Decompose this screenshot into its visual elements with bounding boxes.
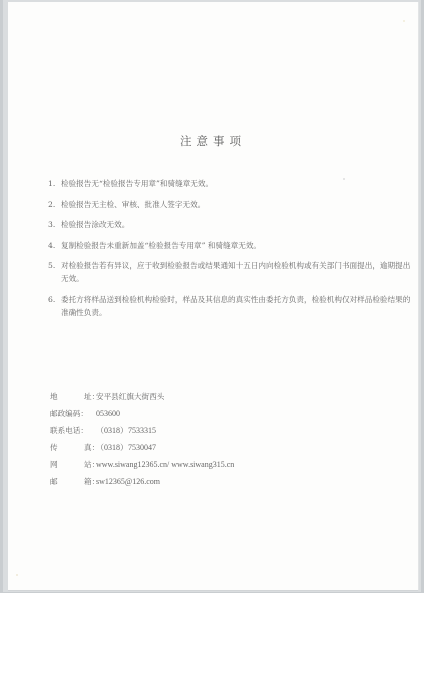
phone-row: 联系电话：（0318）7533315	[50, 424, 234, 441]
email-value: sw12365@126.com	[96, 477, 160, 486]
note-text: 检验报告无主检、审核、批准人签字无效。	[61, 198, 414, 211]
website-value: www.siwang12365.cn/ www.siwang315.cn	[96, 460, 234, 469]
scan-speck	[343, 178, 345, 180]
note-item: 4. 复制检验报告未重新加盖“检验报告专用章” 和骑缝章无效。	[48, 239, 414, 252]
note-number: 2.	[48, 198, 55, 211]
fax-value: （0318）7530047	[96, 443, 156, 452]
postcode-value: 053600	[96, 409, 120, 418]
note-item: 3. 检验报告涂改无效。	[48, 218, 414, 231]
address-row: 地址：安平县红旗大街西头	[50, 390, 234, 407]
note-number: 6.	[48, 293, 55, 306]
postcode-row: 邮政编码：053600	[50, 407, 234, 424]
phone-label: 联系电话：	[50, 424, 96, 437]
note-number: 4.	[48, 239, 55, 252]
scanned-page: 注意事项 1. 检验报告无“检验报告专用章”和骑缝章无效。 2. 检验报告无主检…	[8, 2, 419, 591]
page-title: 注意事项	[8, 133, 418, 149]
postcode-label: 邮政编码：	[50, 407, 96, 420]
email-label: 邮箱：	[50, 475, 96, 488]
note-text: 复制检验报告未重新加盖“检验报告专用章” 和骑缝章无效。	[61, 239, 414, 252]
note-item: 1. 检验报告无“检验报告专用章”和骑缝章无效。	[48, 177, 414, 190]
note-item: 5. 对检验报告若有异议，应于收到检验报告或结果通知十五日内向检验机构或有关部门…	[48, 259, 414, 285]
fax-row: 传真：（0318）7530047	[50, 441, 234, 458]
address-value: 安平县红旗大街西头	[96, 392, 164, 401]
scan-speck	[403, 20, 405, 22]
note-text: 检验报告涂改无效。	[61, 218, 414, 231]
website-label: 网站：	[50, 458, 96, 471]
scan-speck	[16, 574, 18, 576]
note-number: 5.	[48, 259, 55, 272]
fax-label: 传真：	[50, 441, 96, 454]
email-row: 邮箱：sw12365@126.com	[50, 475, 234, 492]
phone-value: （0318）7533315	[96, 426, 156, 435]
note-number: 3.	[48, 218, 55, 231]
notes-list: 1. 检验报告无“检验报告专用章”和骑缝章无效。 2. 检验报告无主检、审核、批…	[48, 177, 414, 327]
website-row: 网站：www.siwang12365.cn/ www.siwang315.cn	[50, 458, 234, 475]
note-item: 2. 检验报告无主检、审核、批准人签字无效。	[48, 198, 414, 211]
note-text: 对检验报告若有异议，应于收到检验报告或结果通知十五日内向检验机构或有关部门书面提…	[61, 259, 414, 285]
note-text: 委托方将样品送到检验机构检验时，样品及其信息的真实性由委托方负责，检验机构仅对样…	[61, 293, 414, 319]
address-label: 地址：	[50, 390, 96, 403]
note-item: 6. 委托方将样品送到检验机构检验时，样品及其信息的真实性由委托方负责，检验机构…	[48, 293, 414, 319]
note-number: 1.	[48, 177, 55, 190]
contact-info: 地址：安平县红旗大街西头 邮政编码：053600 联系电话：（0318）7533…	[50, 390, 234, 492]
note-text: 检验报告无“检验报告专用章”和骑缝章无效。	[61, 177, 414, 190]
